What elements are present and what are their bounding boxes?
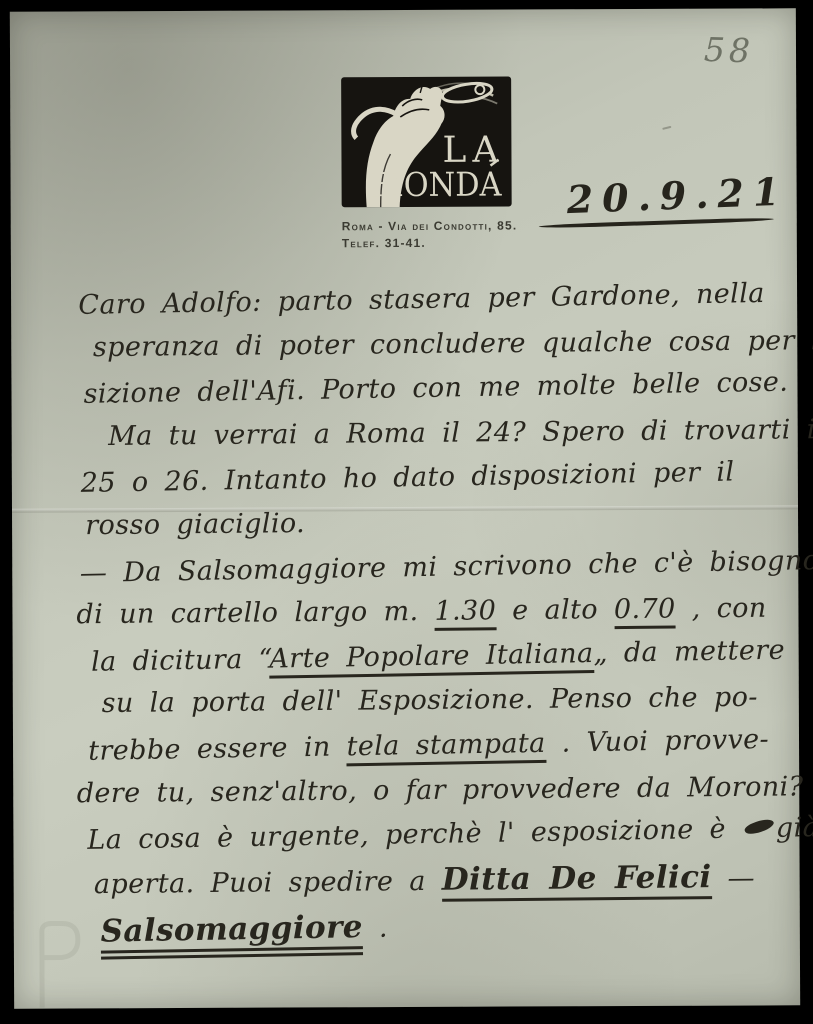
handwritten-text: „ da mettere bbox=[593, 634, 785, 668]
handwritten-text: la dicitura “ bbox=[91, 643, 270, 677]
handwritten-text: già bbox=[776, 812, 813, 844]
handwritten-text: sizione dell'Afi. Porto con me molte bel… bbox=[83, 367, 788, 410]
logo-text-fionda: FIONDA bbox=[371, 165, 503, 205]
handwritten-date: 20.9.21 bbox=[566, 168, 789, 222]
handwritten-text: trebbe essere in bbox=[88, 731, 347, 767]
handwritten-text: , con bbox=[676, 593, 767, 625]
underlined-text: Arte Popolare Italiana bbox=[269, 638, 594, 679]
handwritten-text: Caro Adolfo: parto stasera per Gardone, … bbox=[78, 278, 765, 321]
address-line-1: Roma - Via dei Condotti, 85. bbox=[342, 218, 518, 236]
handwritten-text: e alto bbox=[496, 594, 614, 626]
handwritten-text: aperta. Puoi spedire a bbox=[94, 865, 442, 899]
handwritten-text: di un cartello largo m. bbox=[76, 596, 434, 630]
address-line-2: Telef. 31-41. bbox=[342, 235, 518, 253]
handwritten-text: — Da Salsomaggiore mi scrivono che c'è b… bbox=[80, 545, 813, 589]
underlined-text: tela stampata bbox=[346, 728, 546, 766]
archival-number: 58 bbox=[703, 30, 754, 71]
underlined-text: Salsomaggiore bbox=[100, 909, 363, 960]
paper-speck bbox=[662, 126, 671, 130]
underlined-text: Ditta De Felici bbox=[442, 859, 712, 902]
la-fionda-logo: LA FIONDA bbox=[340, 76, 513, 209]
handwritten-text: La cosa è urgente, perchè l' esposizione… bbox=[87, 814, 742, 856]
handwritten-text: — bbox=[711, 862, 755, 893]
handwritten-text: rosso giaciglio. bbox=[85, 508, 305, 541]
ink-blot bbox=[743, 817, 775, 837]
letterhead-address: Roma - Via dei Condotti, 85. Telef. 31-4… bbox=[342, 218, 518, 253]
handwritten-text: su la porta dell' Esposizione. Penso che… bbox=[101, 682, 758, 719]
underlined-text: 0.70 bbox=[614, 594, 676, 630]
letter-paper: 58 LA FIONDA bbox=[10, 8, 800, 1008]
letter-body: Caro Adolfo: parto stasera per Gardone, … bbox=[66, 273, 787, 955]
scanned-letter-page: 58 LA FIONDA bbox=[0, 0, 813, 1024]
handwritten-text: speranza di poter concludere qualche cos… bbox=[93, 324, 813, 363]
handwritten-text: . bbox=[363, 913, 389, 944]
handwritten-text: Ma tu verrai a Roma il 24? Spero di trov… bbox=[108, 414, 813, 452]
handwritten-text: 25 o 26. Intanto ho dato disposizioni pe… bbox=[80, 457, 734, 499]
underlined-text: 1.30 bbox=[434, 595, 496, 631]
handwritten-text: . Vuoi provve- bbox=[545, 724, 769, 759]
handwritten-text: dere tu, senz'altro, o far provvedere da… bbox=[77, 771, 804, 809]
